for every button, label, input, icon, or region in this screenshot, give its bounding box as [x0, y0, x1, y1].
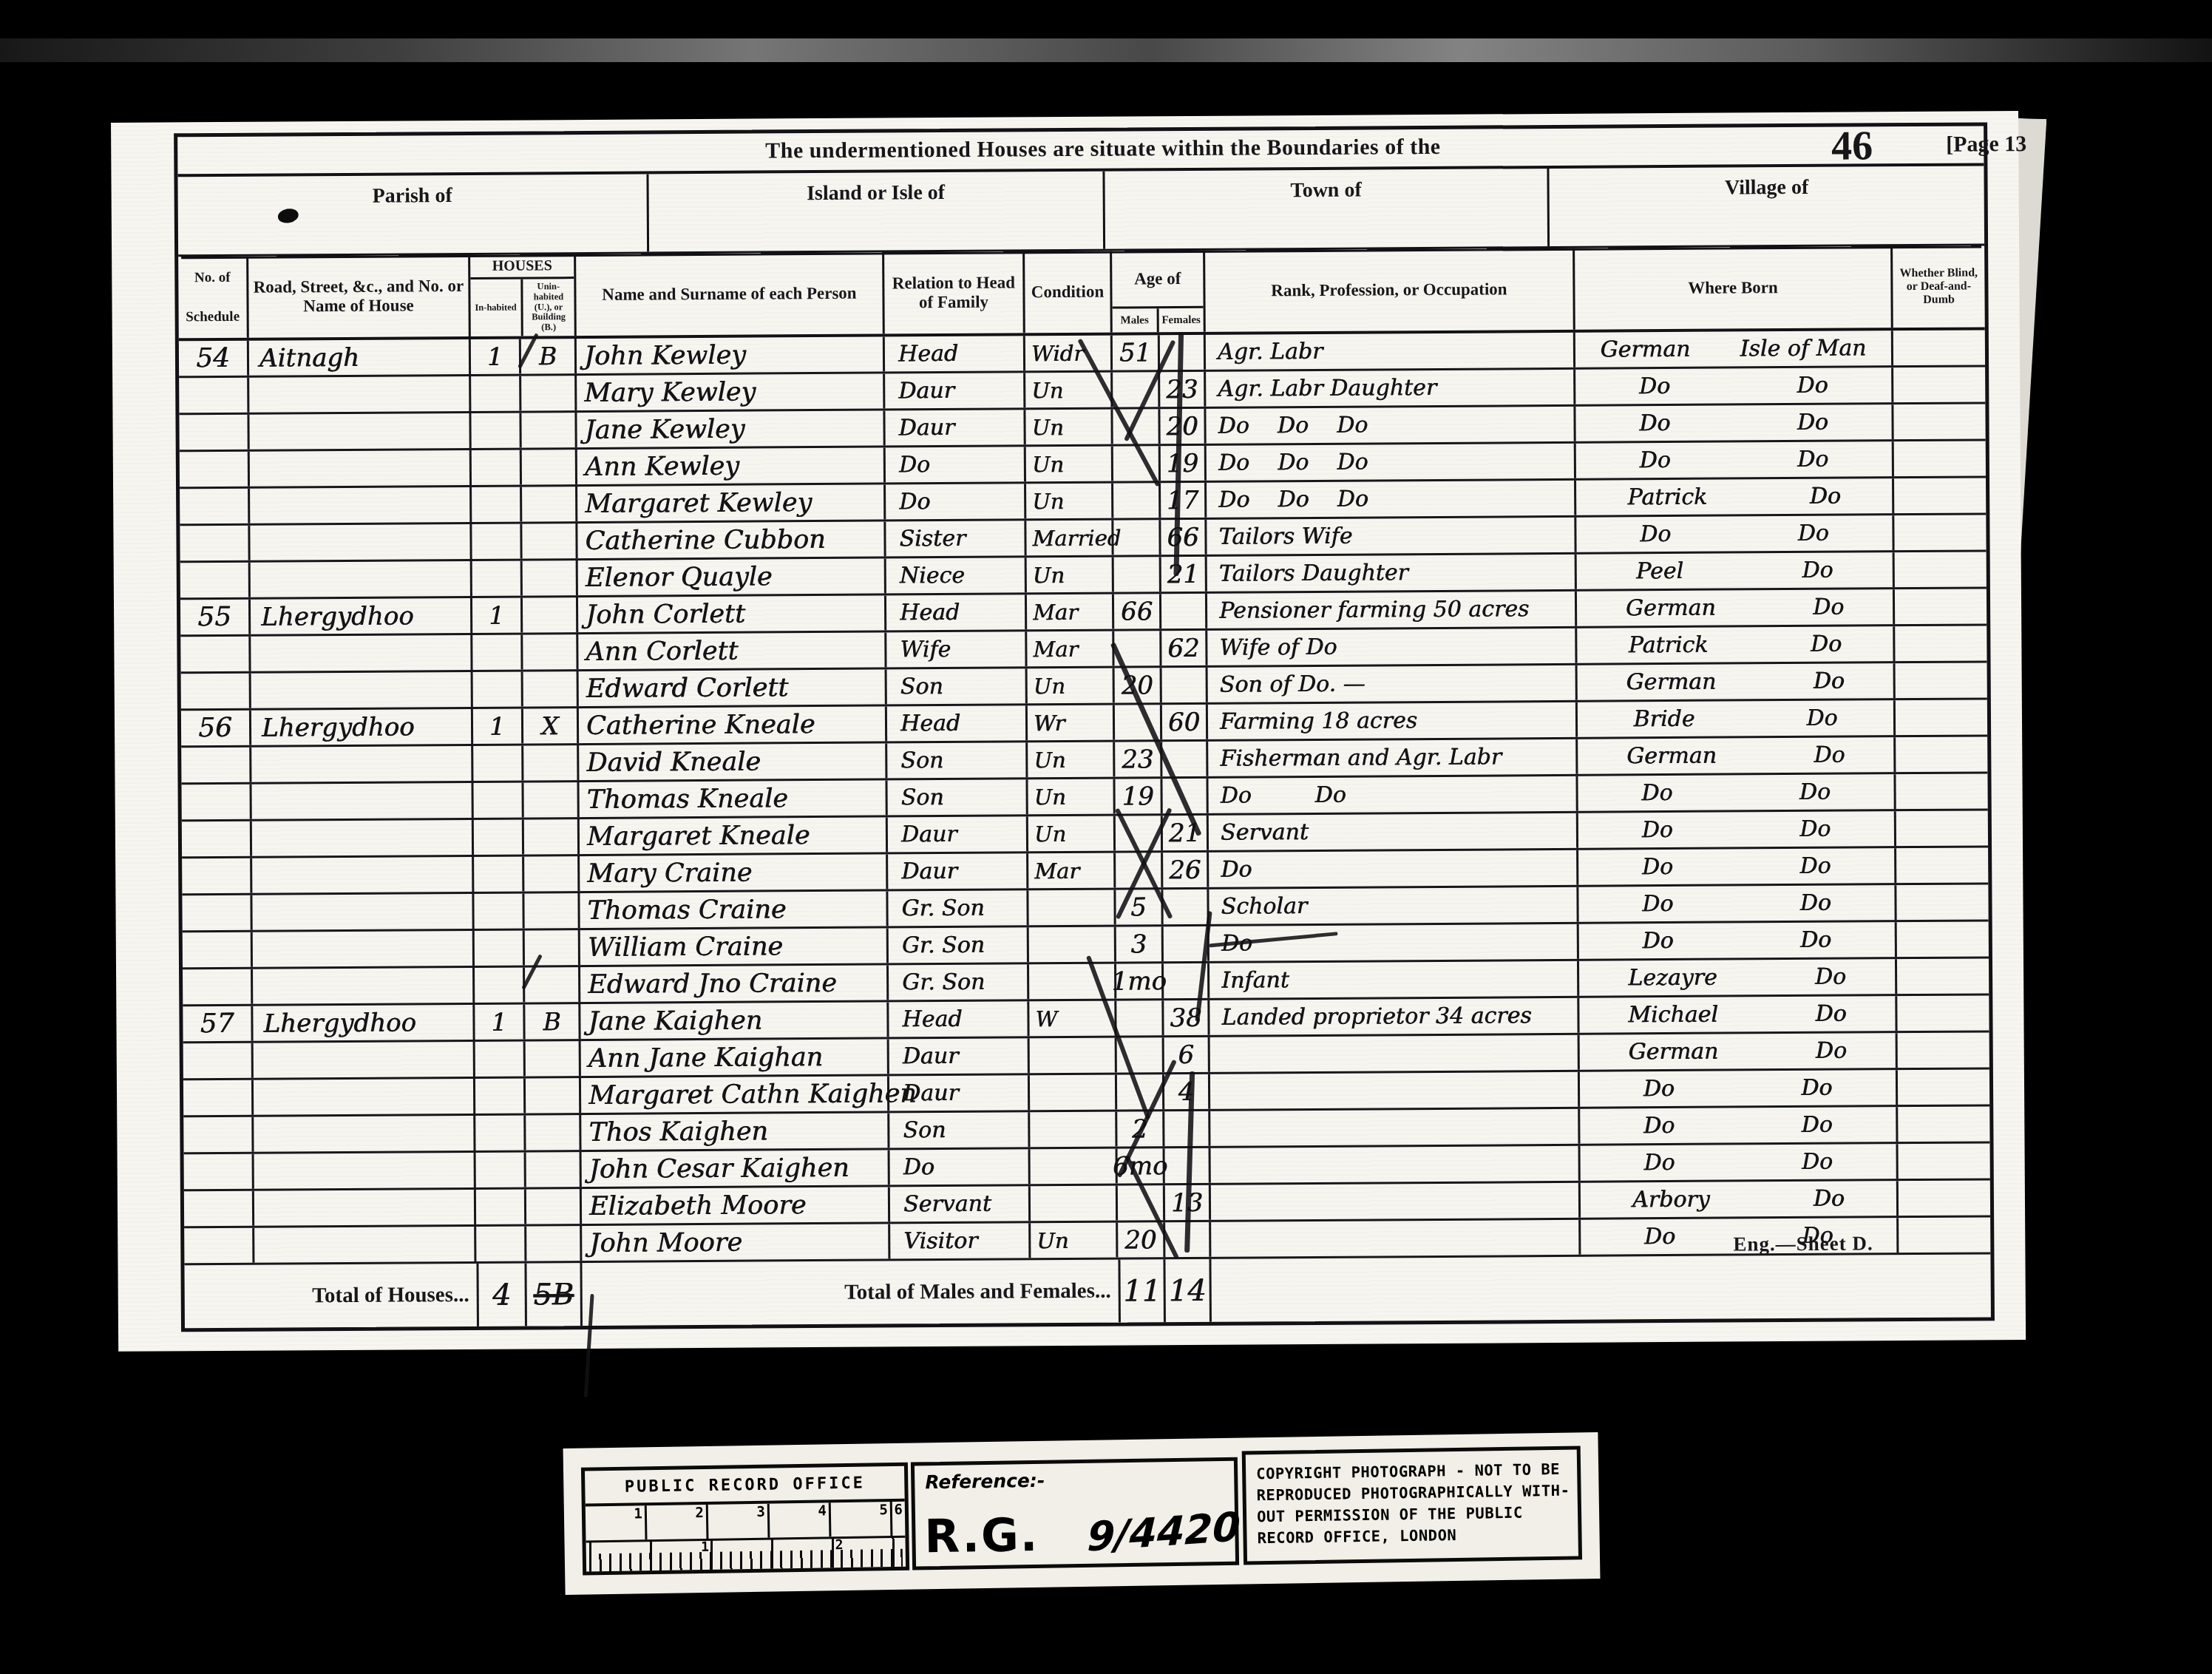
inch-ruler: 1 2	[586, 1538, 906, 1572]
boundary-section-label: Town of	[1105, 169, 1550, 249]
uninhabited-cell	[525, 930, 580, 965]
occupation-cell: Tailors Daughter	[1207, 555, 1577, 592]
schedule-cell	[180, 452, 250, 487]
total-houses-inhabited: 4	[476, 1263, 527, 1326]
uninhabited-cell	[526, 1078, 581, 1113]
blind-cell	[1896, 810, 1988, 846]
relation-cell: Do	[890, 1149, 1031, 1185]
road-cell	[254, 1227, 476, 1263]
condition-cell	[1028, 890, 1116, 926]
schedule-cell	[183, 1117, 254, 1153]
name-cell: Ann Corlett	[578, 632, 886, 669]
cm-scale-number: 4	[770, 1502, 832, 1537]
schedule-cell	[180, 563, 251, 598]
inhabited-cell	[475, 930, 525, 965]
col-rank-header: Rank, Profession, or Occupation	[1205, 248, 1575, 332]
inhabited-cell	[474, 856, 524, 891]
blind-cell	[1893, 367, 1985, 402]
name-cell: Thomas Craine	[580, 891, 888, 928]
relation-cell: Visitor	[890, 1223, 1031, 1258]
condition-cell: Wr	[1028, 705, 1115, 741]
road-cell: Lhergydhoo	[251, 598, 472, 634]
name-cell: Edward Corlett	[579, 669, 887, 706]
blind-cell	[1897, 921, 1989, 957]
relation-cell: Head	[885, 336, 1025, 371]
inhabited-cell: 1	[471, 339, 521, 373]
blind-cell	[1896, 773, 1987, 809]
blind-cell	[1895, 626, 1987, 661]
blind-cell	[1895, 552, 1987, 587]
schedule-cell	[182, 858, 252, 894]
road-cell	[251, 561, 472, 597]
occupation-cell	[1210, 1109, 1580, 1146]
schedule-cell	[181, 674, 251, 709]
occupation-cell: Agr. Labr	[1206, 333, 1575, 370]
folio-number: 46	[1831, 122, 1873, 169]
schedule-cell	[182, 821, 252, 857]
age-male-cell: 3	[1116, 926, 1164, 961]
uninhabited-cell	[526, 1226, 582, 1261]
blind-cell	[1895, 589, 1987, 624]
condition-cell: Un	[1031, 1223, 1118, 1258]
born-cell: Peel Do	[1577, 552, 1895, 589]
age-female-cell: 21	[1163, 816, 1209, 850]
born-secondary: Do	[1813, 594, 1844, 620]
schedule-cell	[183, 932, 253, 968]
occupation-cell: Infant	[1210, 961, 1579, 998]
condition-cell: Widr	[1025, 336, 1113, 371]
born-cell: Do Do	[1576, 441, 1894, 478]
cm-scale-number: 6	[892, 1502, 906, 1536]
schedule-cell	[181, 785, 251, 820]
age-male-cell: 20	[1118, 1222, 1165, 1257]
inhabited-cell	[472, 560, 523, 595]
born-secondary: Do	[1815, 1001, 1846, 1027]
condition-cell: Un	[1027, 558, 1114, 593]
name-cell: Margaret Kneale	[580, 817, 888, 854]
film-edge-strip	[0, 38, 2212, 62]
blind-cell	[1896, 663, 1987, 698]
born-primary: Patrick	[1627, 484, 1707, 511]
occupation-cell: Do	[1210, 924, 1579, 961]
uninhabited-cell: B	[525, 1004, 580, 1039]
inhabited-cell	[474, 893, 524, 928]
relation-cell: Gr. Son	[889, 964, 1029, 1000]
census-page: The undermentioned Houses are situate wi…	[111, 111, 2026, 1352]
inhabited-cell	[472, 634, 523, 669]
age-female-cell	[1162, 668, 1208, 702]
road-cell	[253, 968, 475, 1004]
uninhabited-cell	[523, 745, 579, 780]
born-secondary: Do	[1799, 779, 1831, 805]
occupation-cell: Do Do	[1208, 776, 1578, 813]
cm-scale-number: 3	[708, 1504, 770, 1539]
uninhabited-cell	[526, 1041, 581, 1076]
blind-cell	[1899, 1217, 1990, 1253]
born-primary: Arbory	[1632, 1187, 1710, 1213]
relation-cell: Daur	[888, 853, 1028, 889]
born-secondary: Do	[1814, 668, 1845, 694]
name-cell: Elenor Quayle	[578, 558, 886, 595]
total-males: 11	[1118, 1259, 1166, 1322]
born-cell: Lezayre Do	[1579, 959, 1897, 996]
schedule-cell	[179, 378, 249, 413]
inhabited-cell	[473, 745, 523, 780]
relation-cell: Gr. Son	[888, 890, 1028, 926]
born-primary: Do	[1640, 521, 1671, 547]
inhabited-cell: 1	[473, 708, 523, 743]
born-secondary: Do	[1816, 1038, 1847, 1064]
uninhabited-cell	[521, 376, 577, 410]
born-primary: German	[1600, 336, 1690, 363]
road-cell	[251, 783, 473, 819]
relation-cell: Daur	[889, 1075, 1030, 1111]
schedule-cell	[183, 969, 253, 1005]
age-female-cell: 62	[1161, 631, 1207, 665]
copyright-line: RECORD OFFICE, LONDON	[1257, 1523, 1567, 1550]
blind-cell	[1893, 330, 1985, 365]
col-inhabited-header: In-habited	[470, 279, 523, 336]
occupation-cell	[1211, 1183, 1581, 1220]
relation-cell: Daur	[885, 410, 1025, 445]
name-cell: John Moore	[582, 1224, 890, 1261]
name-cell: Mary Kewley	[577, 373, 885, 410]
age-male-cell	[1113, 520, 1161, 555]
occupation-cell: Landed proprietor 34 acres	[1210, 998, 1579, 1035]
copyright-box: COPYRIGHT PHOTOGRAPH - NOT TO BEREPRODUC…	[1242, 1446, 1582, 1565]
blind-cell	[1896, 884, 1988, 920]
col-uninhabited-header: Unin-habited (U.), or Building (B.)	[523, 279, 574, 336]
uninhabited-cell	[526, 1152, 582, 1187]
age-male-cell: 51	[1113, 335, 1160, 370]
col-road-header: Road, Street, &c., and No. or Name of Ho…	[248, 255, 471, 338]
reference-series: R.G.	[924, 1508, 1039, 1563]
road-cell	[252, 894, 474, 930]
occupation-cell: Scholar	[1209, 887, 1578, 924]
inhabited-cell	[473, 671, 523, 706]
condition-cell: Un	[1028, 816, 1116, 852]
uninhabited-cell	[523, 560, 578, 595]
blind-cell	[1897, 995, 1989, 1031]
total-females: 14	[1165, 1259, 1212, 1322]
born-primary: Do	[1639, 447, 1670, 473]
born-cell: Do Do	[1578, 774, 1896, 811]
born-secondary: Do	[1799, 816, 1831, 842]
born-primary: Lezayre	[1628, 965, 1717, 992]
inhabited-cell	[476, 1152, 526, 1187]
blind-cell	[1894, 478, 1986, 513]
road-cell	[254, 1153, 476, 1189]
road-cell	[254, 1079, 475, 1115]
boundary-section-label: Island or Isle of	[648, 172, 1105, 252]
relation-cell: Servant	[890, 1186, 1031, 1221]
age-male-cell	[1113, 483, 1161, 518]
schedule-cell: 54	[179, 341, 249, 376]
born-cell: German Do	[1577, 589, 1895, 626]
born-primary: Do	[1639, 373, 1670, 399]
name-cell: Ann Kewley	[577, 447, 886, 484]
born-cell: Patrick Do	[1576, 478, 1894, 515]
born-cell: Do Do	[1576, 515, 1894, 552]
born-secondary: Do	[1806, 705, 1837, 731]
relation-cell: Daur	[885, 373, 1025, 408]
houses-title: HOUSES	[470, 254, 574, 279]
born-secondary: Do	[1801, 1112, 1832, 1138]
pro-stamp: PUBLIC RECORD OFFICE 123456 1 2 Referenc…	[563, 1432, 1601, 1595]
age-female-cell: 23	[1160, 372, 1206, 407]
occupation-cell: Fisherman and Agr. Labr	[1208, 739, 1578, 776]
born-secondary: Do	[1797, 410, 1828, 436]
condition-cell	[1031, 1186, 1118, 1221]
born-primary: Michael	[1628, 1002, 1718, 1029]
inhabited-cell	[475, 1041, 526, 1076]
condition-cell	[1029, 927, 1116, 963]
totals-row: Total of Houses... 4 5B Total of Males a…	[184, 1254, 1990, 1328]
occupation-cell: Son of Do. —	[1208, 665, 1578, 702]
age-female-cell	[1161, 594, 1207, 628]
born-primary: Do	[1644, 1224, 1675, 1250]
age-male-cell	[1114, 557, 1161, 592]
road-cell	[251, 635, 472, 671]
census-rows: 54 Aitnagh 1 B John Kewley Head Widr 51 …	[179, 330, 1991, 1265]
cm-scale: 123456	[586, 1502, 906, 1543]
born-cell: Do Do	[1578, 885, 1896, 922]
schedule-cell	[184, 1191, 254, 1227]
blind-cell	[1896, 847, 1988, 883]
condition-cell	[1030, 1112, 1117, 1148]
age-female-cell: 4	[1164, 1074, 1210, 1109]
relation-cell: Niece	[886, 558, 1027, 593]
born-cell: Do Do	[1575, 404, 1893, 441]
born-secondary: Do	[1814, 742, 1845, 768]
uninhabited-cell	[522, 450, 577, 484]
born-primary: Do	[1639, 410, 1670, 436]
reference-box: Reference:- R.G. 9/4420	[911, 1457, 1239, 1570]
born-cell: German Do	[1578, 663, 1896, 700]
age-male-cell: 23	[1115, 742, 1162, 776]
occupation-cell: Agr. Labr Daughter	[1206, 370, 1575, 407]
occupation-cell: Wife of Do	[1207, 628, 1577, 665]
uninhabited-cell	[526, 1189, 582, 1224]
born-cell: Do Do	[1580, 1107, 1898, 1144]
uninhabited-cell	[523, 782, 579, 817]
born-secondary: Do	[1802, 1149, 1833, 1175]
uninhabited-cell	[524, 819, 580, 854]
relation-cell: Daur	[888, 816, 1028, 852]
relation-cell: Son	[889, 1112, 1030, 1148]
born-cell: Patrick Do	[1577, 626, 1895, 663]
age-female-cell: 20	[1160, 409, 1206, 444]
age-female-cell: 19	[1161, 446, 1207, 481]
age-female-cell: 66	[1161, 520, 1207, 555]
inhabited-cell	[471, 376, 521, 410]
condition-cell: Un	[1026, 484, 1113, 519]
road-cell	[253, 931, 475, 967]
pro-office-title: PUBLIC RECORD OFFICE	[585, 1466, 905, 1507]
blind-cell	[1898, 1106, 1989, 1142]
road-cell	[250, 524, 472, 560]
schedule-cell	[180, 526, 250, 561]
blind-cell	[1899, 1180, 1990, 1216]
boundary-section-label: Village of	[1549, 166, 1984, 246]
census-table: The undermentioned Houses are situate wi…	[174, 122, 1995, 1332]
col-blind-header: Whether Blind, or Deaf-and-Dumb	[1893, 245, 1985, 328]
born-cell: Arbory Do	[1581, 1181, 1899, 1218]
name-cell: John Corlett	[578, 595, 886, 632]
road-cell: Aitnagh	[249, 339, 471, 376]
occupation-cell: Do Do Do	[1207, 481, 1576, 518]
name-cell: Mary Craine	[580, 854, 888, 891]
schedule-cell	[182, 895, 252, 931]
uninhabited-cell	[522, 487, 577, 521]
blind-cell	[1896, 736, 1987, 772]
born-primary: Do	[1642, 928, 1673, 954]
born-secondary: Do	[1802, 558, 1833, 583]
age-male-cell	[1116, 1000, 1164, 1035]
col-born-header: Where Born	[1575, 246, 1893, 330]
name-cell: Jane Kaighen	[580, 1002, 889, 1039]
born-secondary: Do	[1801, 1075, 1832, 1101]
col-females-header: Females	[1159, 308, 1204, 332]
born-primary: German	[1626, 743, 1717, 770]
born-secondary: Do	[1811, 631, 1842, 657]
relation-cell: Wife	[886, 631, 1027, 667]
occupation-cell	[1211, 1220, 1581, 1257]
column-header-row: No. of Schedule Road, Street, &c., and N…	[178, 245, 1985, 341]
born-cell: Bride Do	[1578, 700, 1896, 737]
page-number-label: [Page 13	[1946, 132, 2026, 157]
relation-cell: Gr. Son	[889, 927, 1029, 963]
inhabited-cell	[472, 450, 522, 484]
age-male-cell: 66	[1114, 594, 1161, 628]
condition-cell: Un	[1028, 668, 1115, 704]
relation-cell: Head	[889, 1001, 1029, 1037]
condition-cell: Un	[1028, 779, 1115, 815]
col-schedule-header: No. of Schedule	[178, 257, 249, 339]
col-age-header: Age of Males Females	[1112, 251, 1206, 333]
occupation-cell: Do Do Do	[1206, 407, 1575, 444]
totals-empty	[1211, 1254, 1990, 1321]
uninhabited-cell	[523, 634, 578, 669]
name-cell: Edward Jno Craine	[580, 965, 889, 1002]
born-primary: Do	[1641, 817, 1672, 843]
road-cell	[250, 487, 472, 523]
blind-cell	[1899, 1143, 1990, 1179]
born-cell: German Isle of Man	[1575, 331, 1893, 367]
born-primary: Patrick	[1629, 632, 1709, 659]
occupation-cell: Tailors Wife	[1207, 518, 1576, 555]
road-cell	[254, 1042, 475, 1078]
born-primary: German	[1628, 1039, 1718, 1065]
born-secondary: Do	[1800, 890, 1831, 916]
inhabited-cell	[475, 1115, 526, 1150]
born-cell: Do Do	[1578, 848, 1896, 885]
road-cell	[249, 413, 471, 450]
name-cell: Thomas Kneale	[579, 780, 887, 817]
relation-cell: Sister	[886, 521, 1026, 556]
uninhabited-cell	[523, 671, 579, 706]
inhabited-cell	[476, 1226, 526, 1261]
born-secondary: Do	[1800, 927, 1831, 953]
road-cell	[251, 672, 473, 708]
col-males-header: Males	[1113, 308, 1159, 332]
boundary-sections: Parish ofIsland or Isle ofTown ofVillage…	[177, 166, 1984, 257]
born-primary: Do	[1642, 854, 1673, 880]
table-title: The undermentioned Houses are situate wi…	[765, 135, 1441, 164]
condition-cell	[1030, 1075, 1117, 1111]
uninhabited-cell	[524, 856, 580, 891]
relation-cell: Head	[887, 705, 1028, 741]
blind-cell	[1896, 699, 1987, 735]
road-cell: Lhergydhoo	[251, 709, 473, 745]
born-cell: German Do	[1578, 737, 1896, 774]
inhabited-cell	[475, 1078, 526, 1113]
total-mf-label: Total of Males and Females...	[582, 1260, 1119, 1326]
schedule-cell: 56	[181, 711, 251, 746]
occupation-cell: Servant	[1209, 813, 1578, 850]
blind-cell	[1897, 958, 1989, 994]
inhabited-cell	[475, 967, 525, 1002]
name-cell: William Craine	[580, 928, 889, 965]
age-female-cell: 17	[1161, 483, 1207, 518]
road-cell	[252, 820, 474, 856]
age-female-cell: 21	[1161, 557, 1207, 592]
age-female-cell: 60	[1162, 705, 1208, 739]
name-cell: Elizabeth Moore	[582, 1187, 890, 1224]
cm-scale-number: 2	[647, 1505, 709, 1539]
sheet-note: Eng.—Sheet D.	[1733, 1232, 1873, 1255]
schedule-cell	[183, 1080, 254, 1116]
schedule-cell	[183, 1043, 254, 1079]
inhabited-cell	[476, 1189, 526, 1224]
inhabited-cell	[472, 523, 522, 558]
inch-number: 2	[835, 1537, 843, 1553]
born-secondary: Isle of Man	[1740, 335, 1866, 362]
inhabited-cell: 1	[472, 597, 523, 632]
relation-cell: Son	[887, 779, 1028, 815]
name-cell: Ann Jane Kaighan	[581, 1039, 889, 1076]
name-cell: Catherine Cubbon	[577, 521, 886, 558]
born-secondary: Do	[1797, 447, 1828, 472]
born-secondary: Do	[1814, 1186, 1845, 1212]
boundary-section-label: Parish of	[177, 174, 649, 254]
condition-cell: Mar	[1027, 631, 1114, 667]
inhabited-cell: 1	[475, 1004, 525, 1039]
schedule-cell	[180, 637, 251, 672]
road-cell	[252, 857, 474, 893]
road-cell	[249, 376, 471, 413]
schedule-cell	[179, 415, 249, 450]
born-secondary: Do	[1798, 521, 1829, 546]
born-cell: Do Do	[1579, 922, 1897, 959]
total-houses-label: Total of Houses...	[184, 1264, 477, 1328]
cm-scale-number: 1	[586, 1505, 648, 1540]
condition-cell: Married	[1026, 521, 1113, 556]
uninhabited-cell	[523, 597, 578, 632]
col-relation-header: Relation to Head of Family	[884, 251, 1025, 333]
uninhabited-cell: X	[523, 708, 579, 743]
schedule-cell	[184, 1154, 254, 1190]
condition-cell: Un	[1026, 447, 1113, 482]
schedule-cell: 55	[180, 600, 251, 635]
blind-cell	[1894, 515, 1986, 550]
born-primary: Do	[1643, 1150, 1675, 1176]
inhabited-cell	[472, 487, 522, 521]
born-cell: Michael Do	[1579, 996, 1897, 1033]
occupation-cell: Do	[1209, 850, 1578, 887]
name-cell: Margaret Cathn Kaighen	[581, 1076, 889, 1113]
name-cell: Thos Kaighen	[581, 1113, 889, 1150]
